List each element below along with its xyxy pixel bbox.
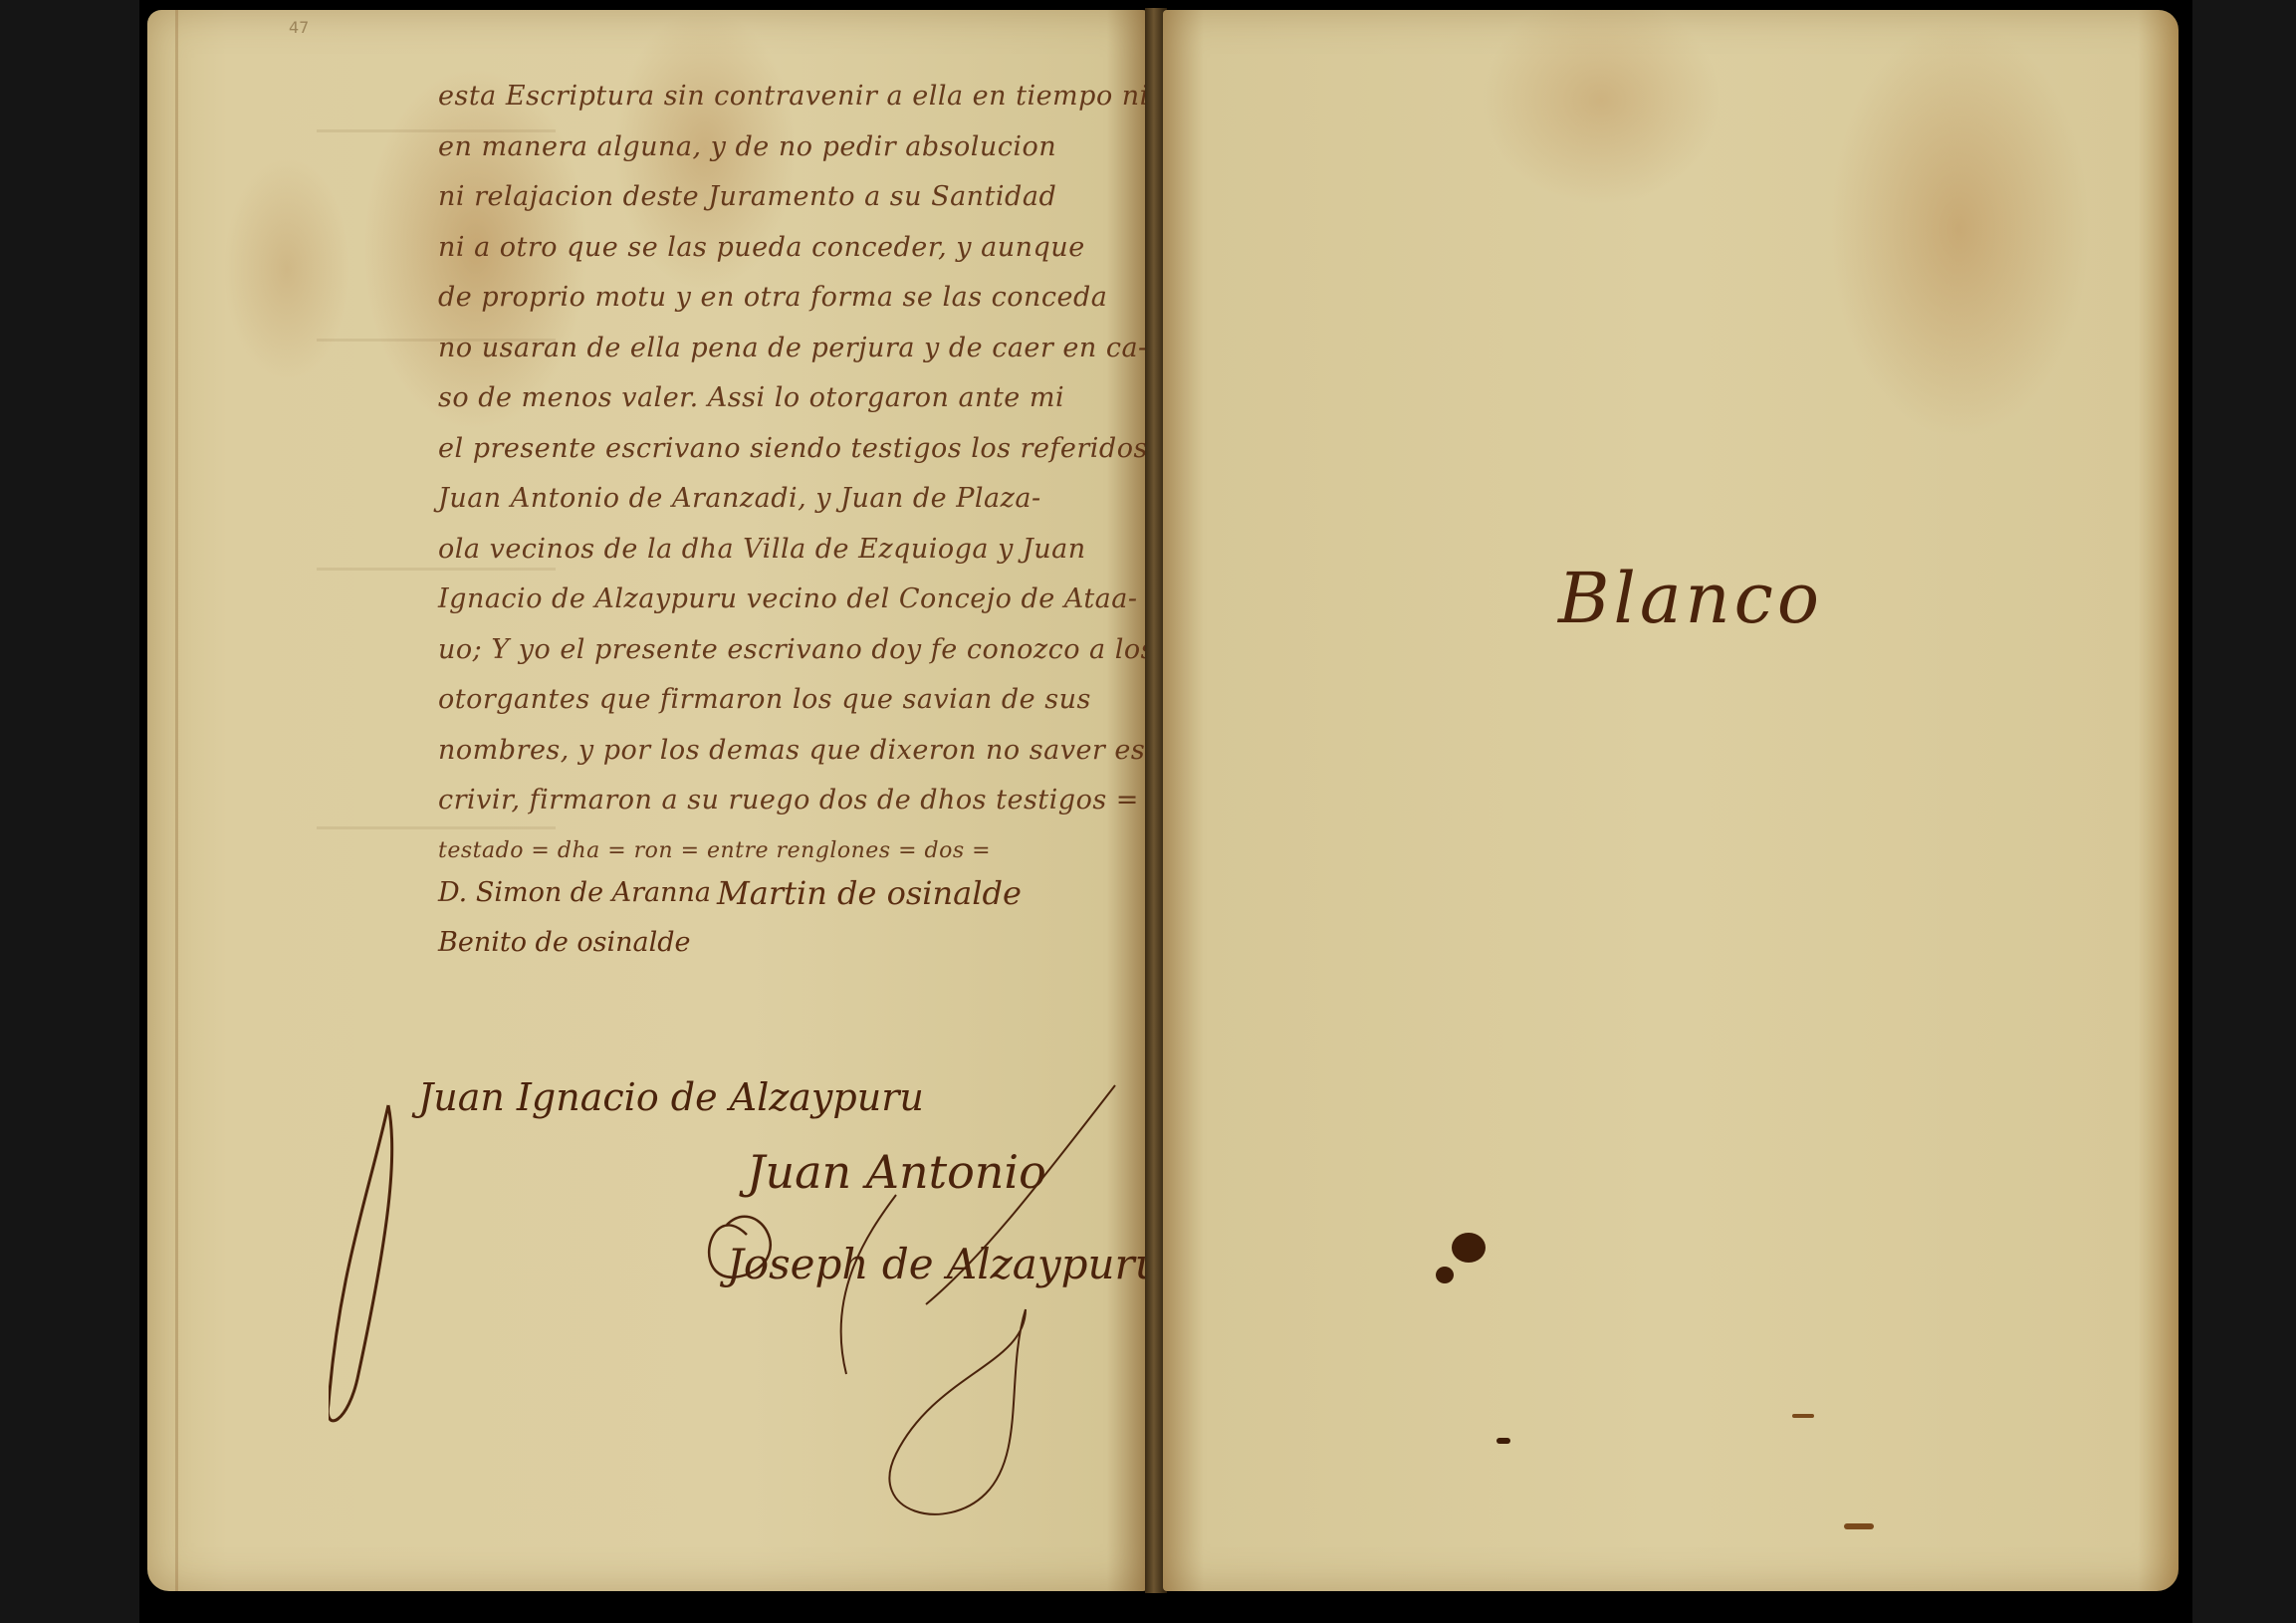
text-line: en manera alguna, y de no pedir absoluci…: [438, 122, 1135, 173]
text-line: uo; Y yo el presente escrivano doy fe co…: [438, 625, 1135, 676]
text-line: esta Escriptura sin contravenir a ella e…: [438, 72, 1135, 122]
ink-blot: [1496, 1438, 1510, 1444]
text-line: de proprio motu y en otra forma se las c…: [438, 273, 1135, 324]
witness-signatures: D. Simon de Aranna Martin de osinalde Be…: [438, 868, 1055, 968]
text-line: ni relajacion deste Juramento a su Santi…: [438, 172, 1135, 223]
ink-mark: [1844, 1523, 1874, 1529]
signature-martin: Martin de osinalde: [717, 868, 1022, 918]
text-line: so de menos valer. Assi lo otorgaron ant…: [438, 373, 1135, 424]
folio-number: 47: [289, 18, 309, 37]
manuscript-text: esta Escriptura sin contravenir a ella e…: [438, 72, 1135, 876]
text-line: crivir, firmaron a su ruego dos de dhos …: [438, 776, 1135, 826]
text-line: no usaran de ella pena de perjura y de c…: [438, 324, 1135, 374]
bottom-signatures: Juan Ignacio de Alzaypuru Juan Antonio J…: [329, 1075, 1145, 1533]
text-line: ni a otro que se las pueda conceder, y a…: [438, 223, 1135, 274]
signature-benito: Benito de osinalde: [438, 918, 691, 968]
text-line: nombres, y por los demas que dixeron no …: [438, 726, 1135, 777]
text-line: Ignacio de Alzaypuru vecino del Concejo …: [438, 575, 1135, 625]
right-page: [1163, 10, 2179, 1591]
signature-blanco: Blanco: [1558, 558, 1823, 639]
signature-row: D. Simon de Aranna Martin de osinalde: [438, 868, 1055, 918]
signature-simon: D. Simon de Aranna: [438, 868, 711, 918]
ink-blot: [1452, 1233, 1486, 1263]
text-line: ola vecinos de la dha Villa de Ezquioga …: [438, 525, 1135, 576]
signature-flourishes-icon: [329, 1075, 1145, 1533]
signature-row: Benito de osinalde: [438, 918, 1055, 968]
ink-mark: [1792, 1414, 1814, 1418]
text-line: otorgantes que firmaron los que savian d…: [438, 675, 1135, 726]
text-line: Juan Antonio de Aranzadi, y Juan de Plaz…: [438, 474, 1135, 525]
ink-blot: [1436, 1267, 1454, 1283]
text-line: el presente escrivano siendo testigos lo…: [438, 424, 1135, 475]
